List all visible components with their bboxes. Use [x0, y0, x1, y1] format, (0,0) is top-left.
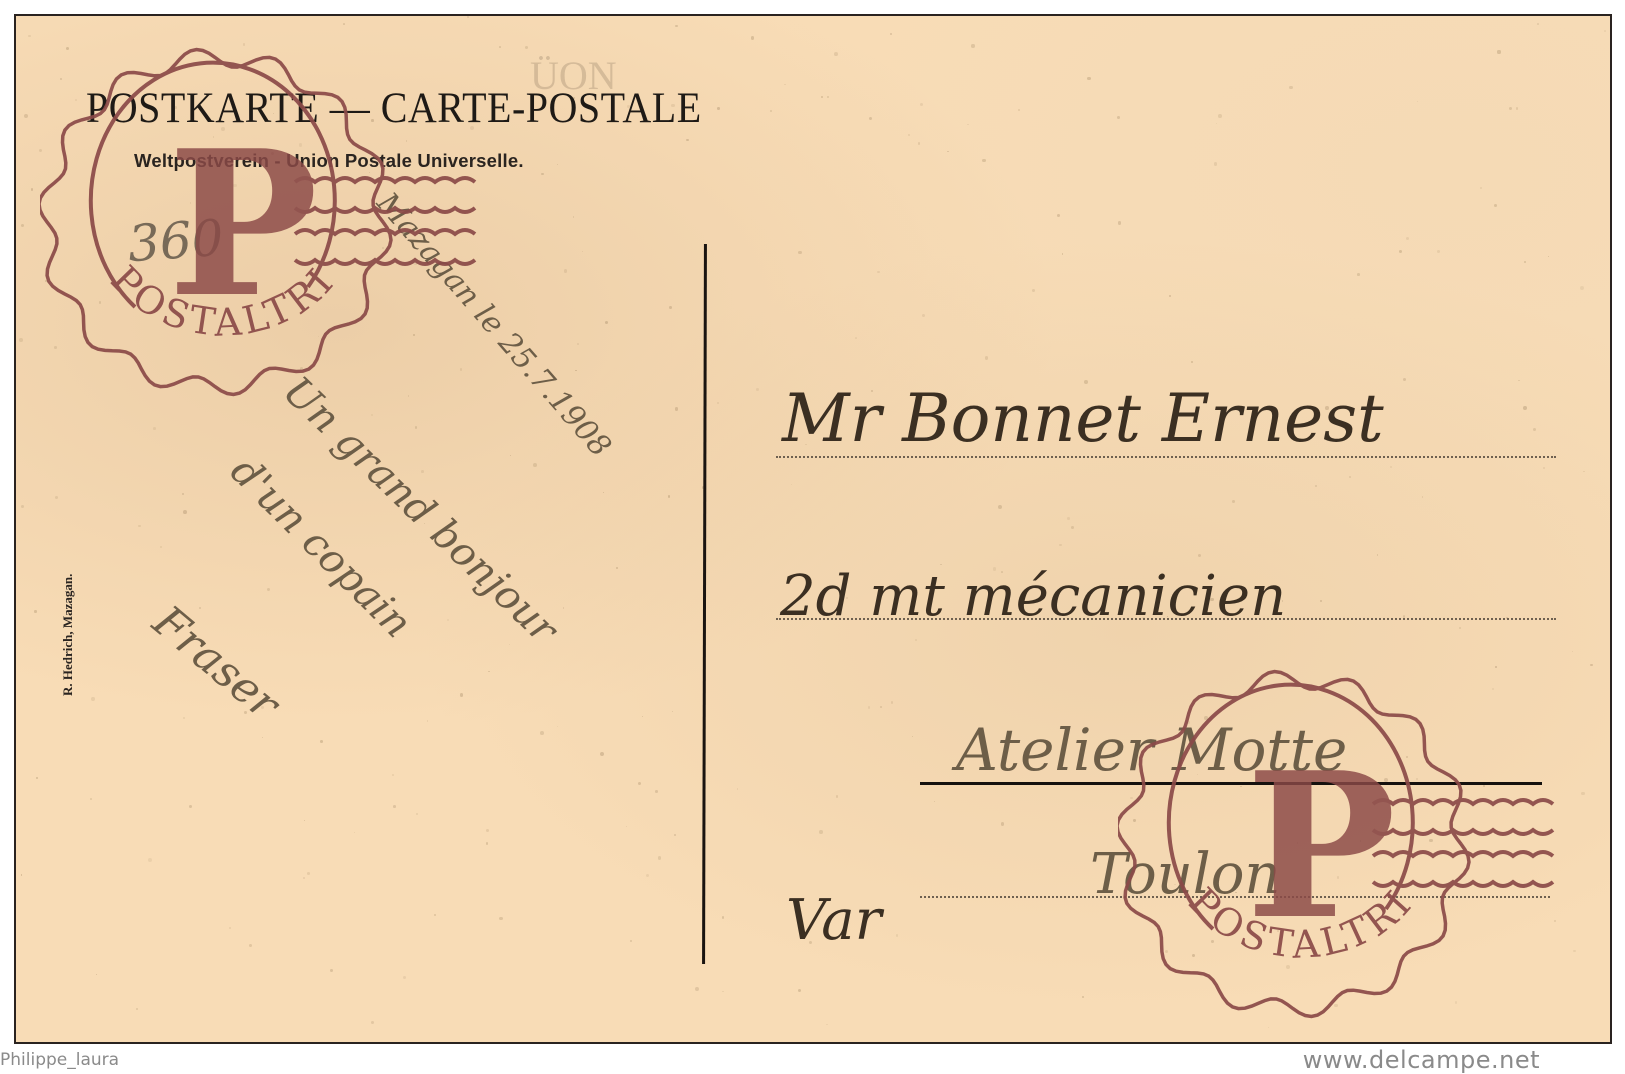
- address-region: Var: [786, 888, 881, 953]
- message-line-greeting: Un grand bonjour: [274, 368, 566, 652]
- message-signature: Fraser: [143, 596, 289, 730]
- address-divider: [702, 244, 707, 964]
- publisher-imprint: R. Hedrich, Mazagan.: [60, 574, 76, 696]
- postaltrip-watermark-bottom: PPOSTALTRIP: [1118, 654, 1558, 1024]
- seller-name[interactable]: Philippe_laura: [0, 1050, 119, 1070]
- postaltrip-watermark-top: PPOSTALTRIP: [40, 32, 480, 402]
- site-watermark[interactable]: www.delcampe.net: [1303, 1046, 1540, 1074]
- address-occupation: 2d mt mécanicien: [780, 564, 1286, 629]
- postcard: ÜON POSTKARTE — CARTE-POSTALE Weltpostve…: [14, 14, 1612, 1044]
- address-name: Mr Bonnet Ernest: [782, 380, 1384, 457]
